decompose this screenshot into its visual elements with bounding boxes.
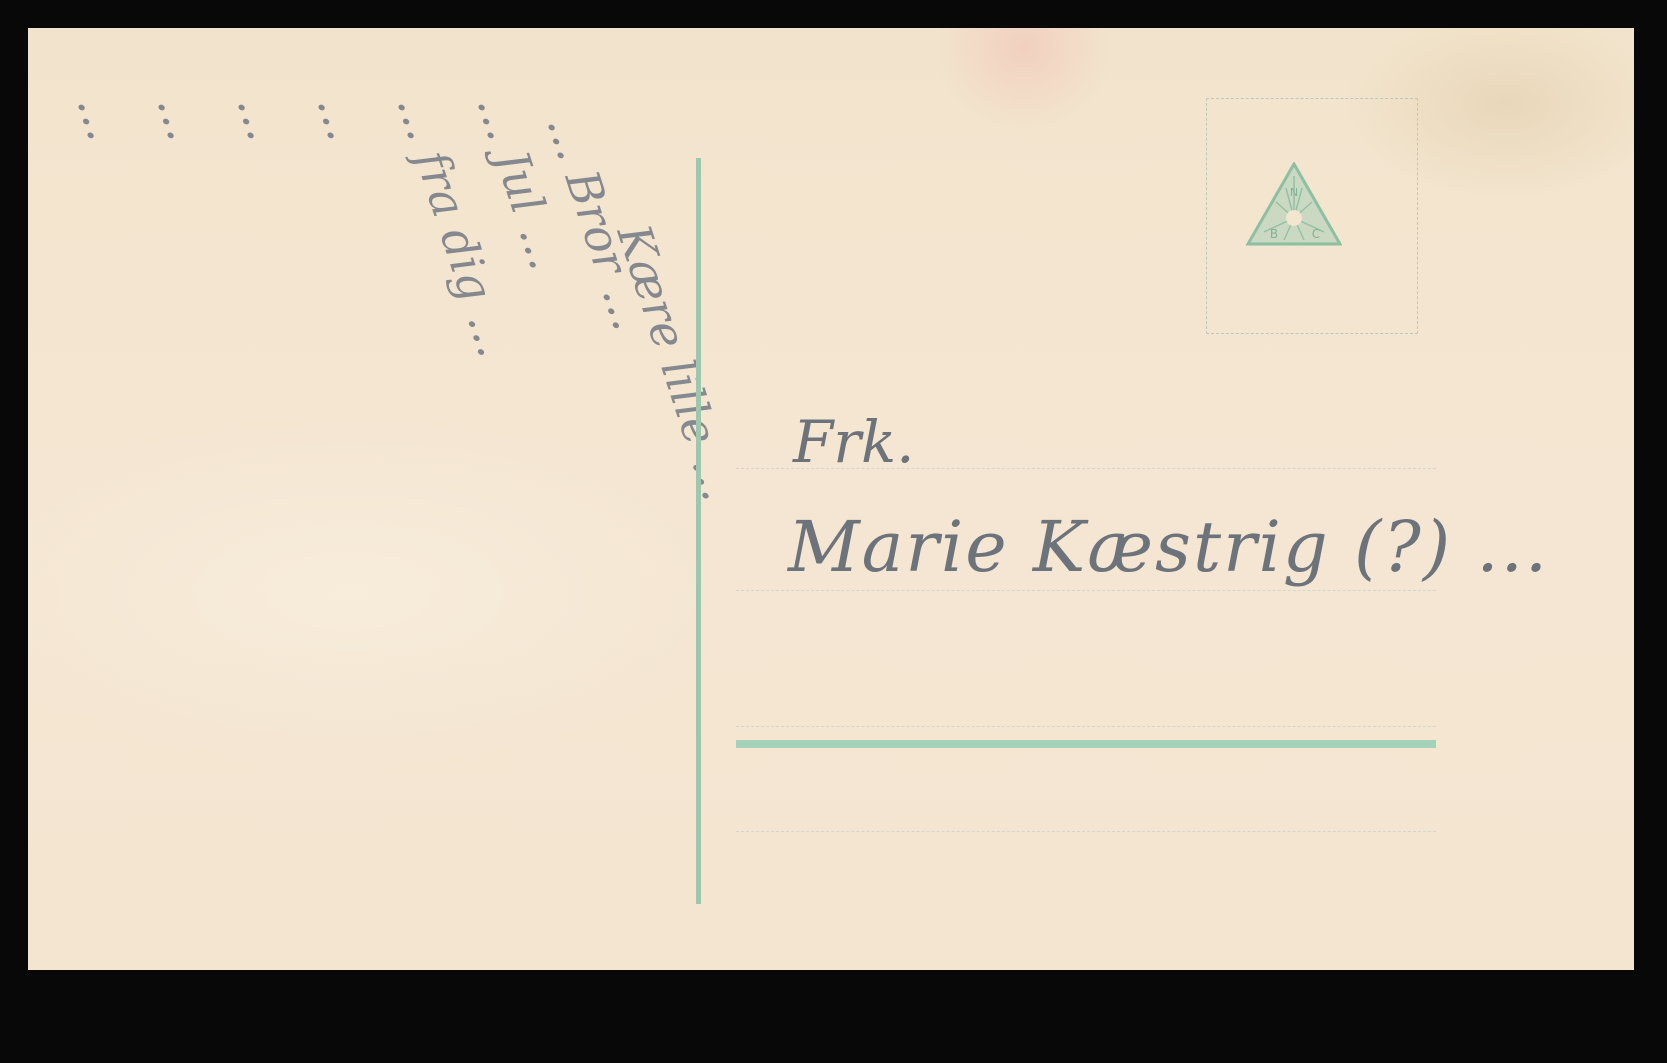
address-underline-bar — [736, 740, 1436, 748]
address-line-1 — [736, 468, 1436, 469]
triangle-sunburst-icon: N B C — [1246, 162, 1342, 246]
address-line-3 — [736, 726, 1436, 727]
handwritten-message: Kære lille ... ... Bror ... ... Jul ... … — [58, 68, 698, 988]
address-line-4 — [736, 831, 1436, 832]
address-name: Marie Kæstrig (?) ... — [788, 506, 1549, 588]
message-line: ... — [227, 88, 292, 146]
message-line: ... — [147, 88, 212, 146]
address-line-2 — [736, 590, 1436, 591]
message-line: ... — [307, 88, 372, 146]
svg-text:C: C — [1312, 227, 1320, 241]
svg-text:N: N — [1290, 186, 1298, 199]
address-title: Frk. — [793, 408, 915, 476]
svg-text:B: B — [1270, 227, 1278, 241]
message-line: ... — [67, 88, 132, 146]
center-divider-line — [696, 158, 701, 904]
postcard: Kære lille ... ... Bror ... ... Jul ... … — [28, 28, 1634, 970]
